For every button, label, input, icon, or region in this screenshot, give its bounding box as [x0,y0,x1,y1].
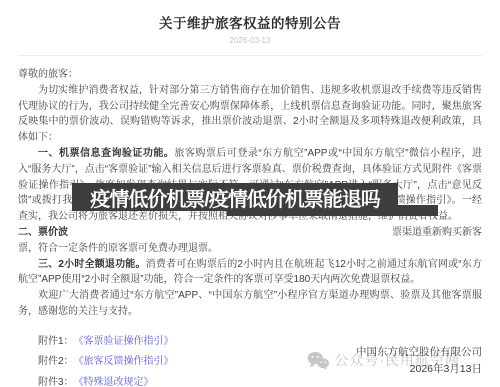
section2-obscured-line: 二、票价波 票渠道重新购买新客 [18,225,482,241]
closing-paragraph: 欢迎广大消费者通过“东方航空”APP、“中国东方航空”小程序官方渠道办理购票、验… [18,288,482,320]
section2-right-fragment: 票渠道重新购买新客 [392,225,482,241]
section3-paragraph: 三、2小时全额退功能。消费者可在购票后的2小时内且在航班起飞12小时之前通过东航… [18,257,482,289]
attachment-link[interactable]: 《旅客反馈操作指引》 [74,353,174,370]
attachment-label: 附件2： [38,353,74,370]
attachment-label: 附件3： [38,374,74,387]
attachment-link[interactable]: 《客票验证操作指引》 [74,333,174,350]
attachment-link[interactable]: 《特殊退改规定》 [74,374,154,387]
announcement-body: 尊敬的旅客： 为切实维护消费者权益，针对部分第三方销售商存在加价销售、违规多收机… [0,67,500,387]
intro-paragraph: 为切实维护消费者权益，针对部分第三方销售商存在加价销售、违规多收机票退改手续费等… [18,83,482,146]
announcement-page: 关于维护旅客权益的特别公告 2026-03-13 尊敬的旅客： 为切实维护消费者… [0,0,500,387]
section1-heading: 一、机票信息查询验证功能。 [38,148,174,159]
signature-block: 中国东方航空股份有限公司 2026年3月13日 [356,344,482,378]
signature-date: 2026年3月13日 [356,361,482,378]
spam-overlay-banner: 疫情低价机票/疫情低价机票能退吗 [72,183,398,211]
wechat-icon [307,351,329,370]
salutation: 尊敬的旅客： [18,67,482,83]
page-title: 关于维护旅客权益的特别公告 [0,0,500,32]
section2-heading-fragment: 二、票价波 [18,225,68,241]
attachment-label: 附件1： [38,333,74,350]
signature-company: 中国东方航空股份有限公司 [356,344,482,361]
title-divider [18,55,482,56]
publish-date: 2026-03-13 [0,36,500,45]
section3-heading: 三、2小时全额退功能。 [38,259,146,270]
section2-line2: 票，符合一定条件的原客票可免费办理退票。 [18,241,482,257]
